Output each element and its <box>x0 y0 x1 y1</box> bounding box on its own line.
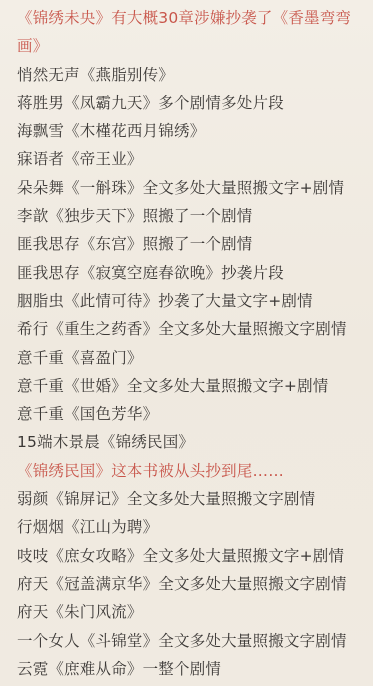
list-item: 希行《重生之药香》全文多处大量照搬文字剧情 <box>17 315 367 343</box>
list-item: 匪我思存《寂寞空庭春欲晚》抄袭片段 <box>17 259 367 287</box>
highlight-line-heading: 《锦绣未央》有大概30章涉嫌抄袭了《香墨弯弯画》 <box>17 4 367 61</box>
list-item: 府天《朱门风流》 <box>17 598 367 626</box>
list-item: 匪我思存《东宫》照搬了一个剧情 <box>17 230 367 258</box>
list-item: 意千重《世婚》全文多处大量照搬文字+剧情 <box>17 372 367 400</box>
list-item: 胭脂虫《此情可待》抄袭了大量文字+剧情 <box>17 287 367 315</box>
list-item: 蒋胜男《凤霸九天》多个剧情多处片段 <box>17 89 367 117</box>
list-item: 15端木景晨《锦绣民国》 <box>17 428 367 456</box>
list-item: 海飘雪《木槿花西月锦绣》 <box>17 117 367 145</box>
list-item: 李歆《独步天下》照搬了一个剧情 <box>17 202 367 230</box>
list-item: 府天《冠盖满京华》全文多处大量照搬文字剧情 <box>17 570 367 598</box>
list-item: 悄然无声《燕脂别传》 <box>17 61 367 89</box>
list-item: 一个女人《斗锦堂》全文多处大量照搬文字剧情 <box>17 627 367 655</box>
list-item: 意千重《喜盈门》 <box>17 344 367 372</box>
list-item: 弱颜《锦屏记》全文多处大量照搬文字剧情 <box>17 485 367 513</box>
list-item: 行烟烟《江山为聘》 <box>17 513 367 541</box>
list-item: 吱吱《庶女攻略》全文多处大量照搬文字+剧情 <box>17 542 367 570</box>
list-item: 朵朵舞《一斛珠》全文多处大量照搬文字+剧情 <box>17 174 367 202</box>
document-page: 《锦绣未央》有大概30章涉嫌抄袭了《香墨弯弯画》 悄然无声《燕脂别传》 蒋胜男《… <box>0 0 373 686</box>
list-item: 云霓《庶难从命》一整个剧情 <box>17 655 367 683</box>
text-content: 《锦绣未央》有大概30章涉嫌抄袭了《香墨弯弯画》 悄然无声《燕脂别传》 蒋胜男《… <box>17 4 367 683</box>
highlight-line-note: 《锦绣民国》这本书被从头抄到尾…… <box>17 457 367 485</box>
list-item: 寐语者《帝王业》 <box>17 145 367 173</box>
list-item: 意千重《国色芳华》 <box>17 400 367 428</box>
